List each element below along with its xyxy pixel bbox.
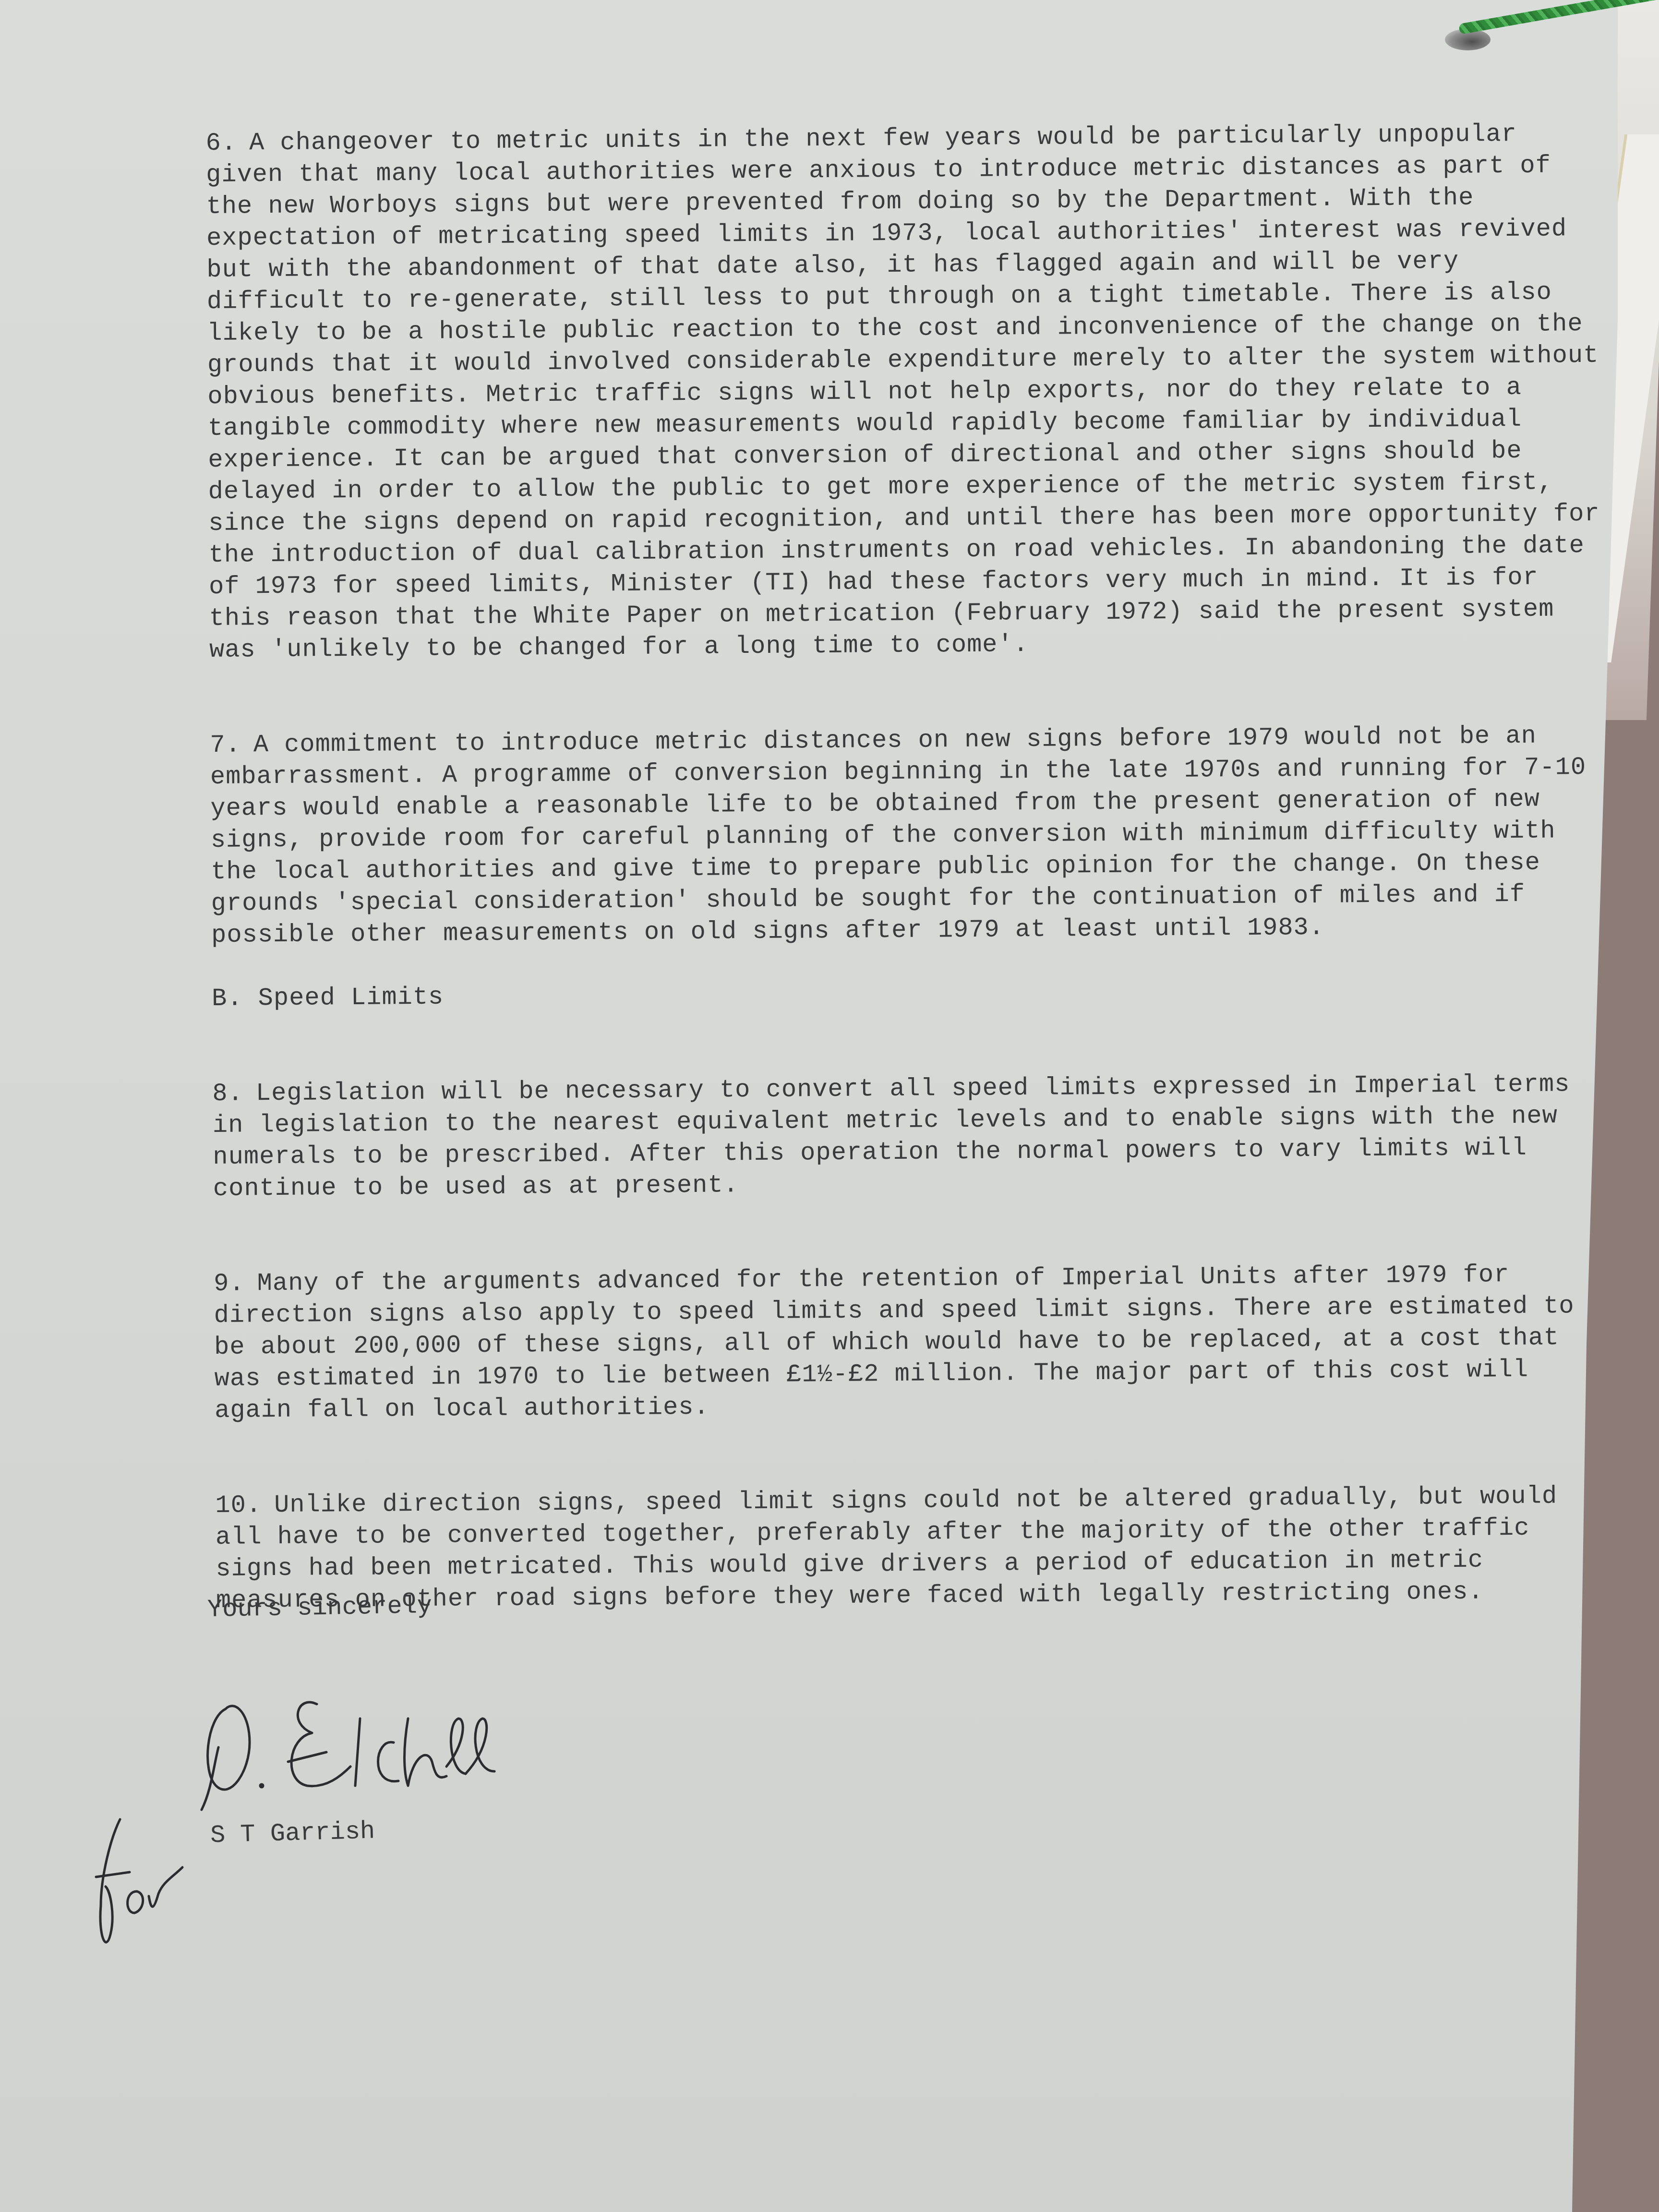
paragraph-7: 7.A commitment to introduce metric dista… xyxy=(210,688,1604,951)
signatory-name: S T Garrish xyxy=(210,1817,375,1850)
paragraph-9: 9.Many of the arguments advanced for the… xyxy=(214,1227,1607,1427)
signature-icon xyxy=(197,1690,533,1815)
paragraph-text: Legislation will be necessary to convert… xyxy=(213,1070,1570,1203)
paragraph-text: A changeover to metric units in the next… xyxy=(206,120,1600,664)
handwritten-for-note xyxy=(91,1810,187,1954)
section-heading: B. Speed Limits xyxy=(212,974,1604,1015)
paragraph-number: 9. xyxy=(214,1269,245,1298)
paragraph-8: 8.Legislation will be necessary to conve… xyxy=(212,1037,1605,1205)
letter-body: 6.A changeover to metric units in the ne… xyxy=(205,86,1609,1648)
paragraph-text: A commitment to introduce metric distanc… xyxy=(210,722,1587,950)
paragraph-number: 6. xyxy=(205,129,237,157)
paragraph-6: 6.A changeover to metric units in the ne… xyxy=(205,86,1601,666)
handwriting-for-icon xyxy=(91,1810,187,1954)
paragraph-number: 7. xyxy=(210,731,241,759)
closing-salutation: Yours sincerely xyxy=(207,1592,433,1624)
paragraph-number: 8. xyxy=(212,1080,243,1108)
paragraph-text: Many of the arguments advanced for the r… xyxy=(214,1261,1575,1425)
handwritten-signature xyxy=(197,1690,533,1815)
paragraph-number: 10. xyxy=(215,1491,262,1520)
